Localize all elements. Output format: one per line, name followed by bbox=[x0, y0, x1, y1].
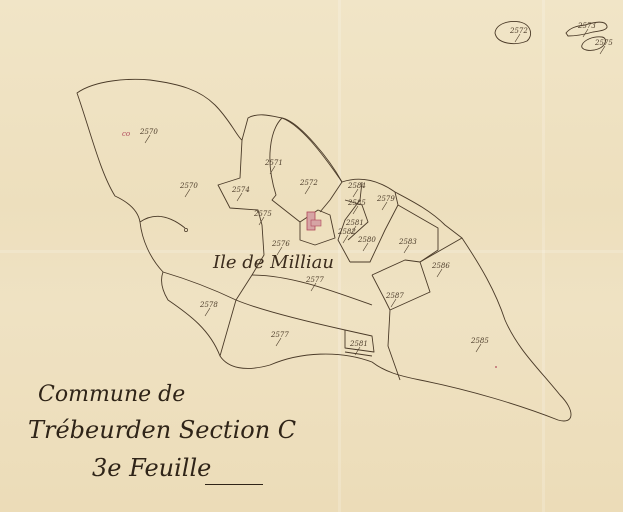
parcel-number: 2571 bbox=[264, 159, 283, 167]
parcel-number: 2585 bbox=[347, 199, 366, 207]
parcel-number: 2577 bbox=[305, 276, 324, 284]
parcel-number: 2584 bbox=[347, 182, 366, 190]
cartouche-underline bbox=[205, 484, 263, 485]
parcel-number: 2582 bbox=[337, 228, 356, 236]
parcel-number: 2575 bbox=[594, 39, 613, 47]
cartouche-line-2: Trébeurden Section C bbox=[28, 416, 296, 444]
parcel-labels: 2570257025712572257425752576257725772578… bbox=[139, 128, 489, 355]
parcel-number: 2570 bbox=[139, 128, 158, 136]
parcel-number: 2575 bbox=[253, 210, 272, 218]
parcel-number: 2583 bbox=[398, 238, 417, 246]
cartouche-line-1: Commune de bbox=[38, 382, 185, 407]
parcel-number: 2578 bbox=[199, 301, 218, 309]
parcel-number: 2572 bbox=[509, 27, 528, 35]
parcel-number: 2577 bbox=[270, 331, 289, 339]
parcel-number: 2572 bbox=[299, 179, 318, 187]
parcel-number: 2580 bbox=[357, 236, 376, 244]
svg-text:co: co bbox=[122, 130, 130, 138]
parcel-number: 2586 bbox=[431, 262, 450, 270]
parcel-number: 2576 bbox=[271, 240, 290, 248]
parcel-number: 2581 bbox=[349, 340, 368, 348]
parcel-number: 2574 bbox=[231, 186, 250, 194]
parcel-number: 2579 bbox=[376, 195, 395, 203]
parcel-number: 2581 bbox=[345, 219, 364, 227]
cartouche-line-3: 3e Feuille bbox=[92, 454, 211, 482]
parcel-number: 2573 bbox=[577, 22, 596, 30]
parcel-number: 2585 bbox=[470, 337, 489, 345]
cadastral-map: co 2570257025712572257425752576257725772… bbox=[0, 0, 623, 512]
island-name: Ile de Milliau bbox=[212, 252, 334, 273]
parcel-number: 2587 bbox=[385, 292, 404, 300]
parcel-number: 2570 bbox=[179, 182, 198, 190]
